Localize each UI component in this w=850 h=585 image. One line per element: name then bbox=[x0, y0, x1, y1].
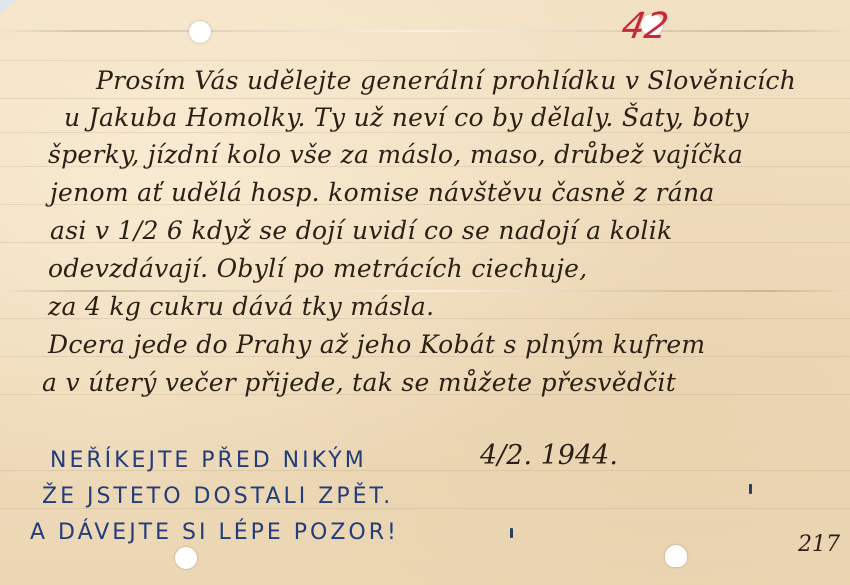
body-line-8: Dcera jede do Prahy až jeho Kobát s plný… bbox=[48, 330, 705, 359]
body-line-1: Prosím Vás udělejte generální prohlídku … bbox=[96, 66, 796, 95]
body-line-6: odevzdávají. Obylí po metrácích ciechuje… bbox=[48, 254, 588, 283]
body-line-2: u Jakuba Homolky. Ty už neví co by dělal… bbox=[64, 103, 749, 132]
paper-fold bbox=[0, 30, 850, 32]
body-line-9: a v úterý večer přijede, tak se můžete p… bbox=[42, 368, 676, 397]
ruled-line bbox=[0, 132, 850, 133]
ink-mark bbox=[749, 484, 752, 494]
ink-mark bbox=[510, 528, 513, 538]
body-line-5: asi v 1/2 6 když se dojí uvidí co se nad… bbox=[50, 216, 672, 245]
postscript-line-1: NEŘÍKEJTE PŘED NIKÝM bbox=[50, 448, 367, 473]
folded-corner bbox=[0, 0, 16, 14]
ruled-line bbox=[0, 60, 850, 61]
postscript-line-3: A DÁVEJTE SI LÉPE POZOR! bbox=[30, 520, 399, 545]
punch-hole bbox=[189, 21, 211, 43]
postscript-line-2: ŽE JSTETO DOSTALI ZPĚT. bbox=[42, 484, 393, 509]
body-line-4: jenom ať udělá hosp. komise návštěvu čas… bbox=[50, 178, 715, 207]
ruled-line bbox=[0, 98, 850, 99]
body-line-7: za 4 kg cukru dává tky másla. bbox=[48, 292, 434, 321]
punch-hole bbox=[665, 545, 687, 567]
letter-date: 4/2. 1944. bbox=[480, 440, 618, 471]
letter-page: 42 Prosím Vás udělejte generální prohlíd… bbox=[0, 0, 850, 585]
page-number-red: 42 bbox=[618, 6, 671, 47]
punch-hole bbox=[175, 547, 197, 569]
body-line-3: šperky, jízdní kolo vše za máslo, maso, … bbox=[48, 140, 743, 169]
archive-number: 217 bbox=[798, 532, 840, 557]
